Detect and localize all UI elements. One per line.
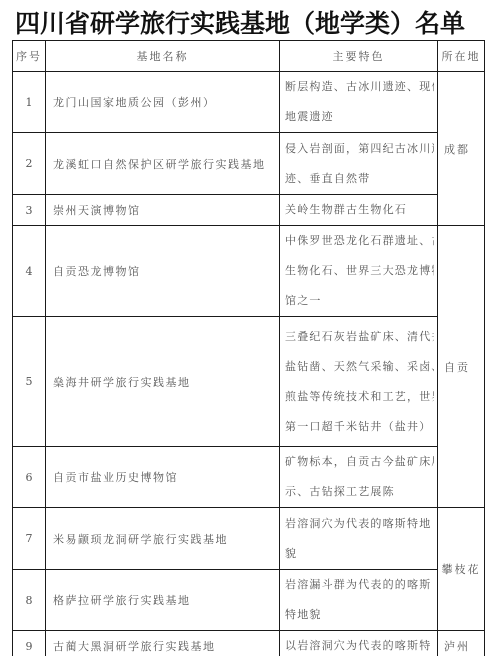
table-row: 1 龙门山国家地质公园（彭州） 断层构造、古冰川遗迹、现代 地震遗迹 成都 <box>13 72 485 133</box>
document-title: 四川省研学旅行实践基地（地学类）名单 <box>15 9 465 39</box>
feature-line: 生物化石、世界三大恐龙博物 <box>285 256 434 286</box>
row-name: 格萨拉研学旅行实践基地 <box>46 570 280 631</box>
feature-line: 关岭生物群古生物化石 <box>285 195 434 225</box>
table-row: 8 格萨拉研学旅行实践基地 岩溶漏斗群为代表的的喀斯 特地貌 <box>13 570 485 631</box>
row-name: 崇州天演博物馆 <box>46 195 280 226</box>
row-no: 5 <box>13 317 46 447</box>
row-no: 8 <box>13 570 46 631</box>
row-name: 龙溪虹口自然保护区研学旅行实践基地 <box>46 133 280 195</box>
feature-line: 煎盐等传统技术和工艺，世界 <box>285 382 434 412</box>
feature-line: 地震遗迹 <box>285 102 434 132</box>
feature-line: 馆之一 <box>285 286 434 316</box>
feature-line: 矿物标本，自贡古今盐矿床展 <box>285 447 434 477</box>
row-location: 泸州 <box>438 631 485 656</box>
row-location: 成都 <box>438 72 485 226</box>
feature-line: 示、古钻探工艺展陈 <box>285 477 434 507</box>
row-features: 断层构造、古冰川遗迹、现代 地震遗迹 <box>280 72 438 133</box>
header-name: 基地名称 <box>46 41 280 72</box>
table-row: 4 自贡恐龙博物馆 中侏罗世恐龙化石群遗址、古 生物化石、世界三大恐龙博物 馆之… <box>13 226 485 317</box>
table-row: 6 自贡市盐业历史博物馆 矿物标本，自贡古今盐矿床展 示、古钻探工艺展陈 <box>13 447 485 508</box>
base-list-table: 序号 基地名称 主要特色 所在地 1 龙门山国家地质公园（彭州） 断层构造、古冰… <box>12 40 485 656</box>
table-row: 3 崇州天演博物馆 关岭生物群古生物化石 <box>13 195 485 226</box>
header-features: 主要特色 <box>280 41 438 72</box>
feature-line: 侵入岩剖面，第四纪古冰川遗 <box>285 134 434 164</box>
row-name: 古蔺大黑洞研学旅行实践基地 <box>46 631 280 656</box>
row-location: 自贡 <box>438 226 485 508</box>
row-features: 关岭生物群古生物化石 <box>280 195 438 226</box>
row-no: 1 <box>13 72 46 133</box>
row-features: 矿物标本，自贡古今盐矿床展 示、古钻探工艺展陈 <box>280 447 438 508</box>
row-features: 三叠纪石灰岩盐矿床、清代井 盐钻凿、天然气采输、采卤、 煎盐等传统技术和工艺，世… <box>280 317 438 447</box>
row-name: 自贡恐龙博物馆 <box>46 226 280 317</box>
row-features: 中侏罗世恐龙化石群遗址、古 生物化石、世界三大恐龙博物 馆之一 <box>280 226 438 317</box>
table-row: 9 古蔺大黑洞研学旅行实践基地 以岩溶洞穴为代表的喀斯特 泸州 <box>13 631 485 656</box>
row-name: 自贡市盐业历史博物馆 <box>46 447 280 508</box>
table-row: 7 米易颛顼龙洞研学旅行实践基地 岩溶洞穴为代表的喀斯特地 貌 攀枝花 <box>13 508 485 570</box>
header-no: 序号 <box>13 41 46 72</box>
feature-line: 特地貌 <box>285 600 434 630</box>
row-name: 燊海井研学旅行实践基地 <box>46 317 280 447</box>
feature-line: 以岩溶洞穴为代表的喀斯特 <box>285 631 434 656</box>
feature-line: 第一口超千米钻井（盐井） <box>285 412 434 442</box>
row-no: 6 <box>13 447 46 508</box>
row-name: 龙门山国家地质公园（彭州） <box>46 72 280 133</box>
feature-line: 断层构造、古冰川遗迹、现代 <box>285 72 434 102</box>
feature-line: 中侏罗世恐龙化石群遗址、古 <box>285 226 434 256</box>
table-header-row: 序号 基地名称 主要特色 所在地 <box>13 41 485 72</box>
feature-line: 貌 <box>285 539 434 569</box>
row-no: 2 <box>13 133 46 195</box>
row-no: 7 <box>13 508 46 570</box>
row-features: 岩溶洞穴为代表的喀斯特地 貌 <box>280 508 438 570</box>
feature-line: 迹、垂直自然带 <box>285 164 434 194</box>
table-row: 2 龙溪虹口自然保护区研学旅行实践基地 侵入岩剖面，第四纪古冰川遗 迹、垂直自然… <box>13 133 485 195</box>
feature-line: 盐钻凿、天然气采输、采卤、 <box>285 352 434 382</box>
row-location: 攀枝花 <box>438 508 485 631</box>
row-no: 9 <box>13 631 46 656</box>
feature-line: 三叠纪石灰岩盐矿床、清代井 <box>285 322 434 352</box>
row-features: 侵入岩剖面，第四纪古冰川遗 迹、垂直自然带 <box>280 133 438 195</box>
header-location: 所在地 <box>438 41 485 72</box>
feature-line: 岩溶洞穴为代表的喀斯特地 <box>285 509 434 539</box>
row-features: 以岩溶洞穴为代表的喀斯特 <box>280 631 438 656</box>
row-no: 3 <box>13 195 46 226</box>
table-row: 5 燊海井研学旅行实践基地 三叠纪石灰岩盐矿床、清代井 盐钻凿、天然气采输、采卤… <box>13 317 485 447</box>
feature-line: 岩溶漏斗群为代表的的喀斯 <box>285 570 434 600</box>
row-name: 米易颛顼龙洞研学旅行实践基地 <box>46 508 280 570</box>
row-no: 4 <box>13 226 46 317</box>
row-features: 岩溶漏斗群为代表的的喀斯 特地貌 <box>280 570 438 631</box>
